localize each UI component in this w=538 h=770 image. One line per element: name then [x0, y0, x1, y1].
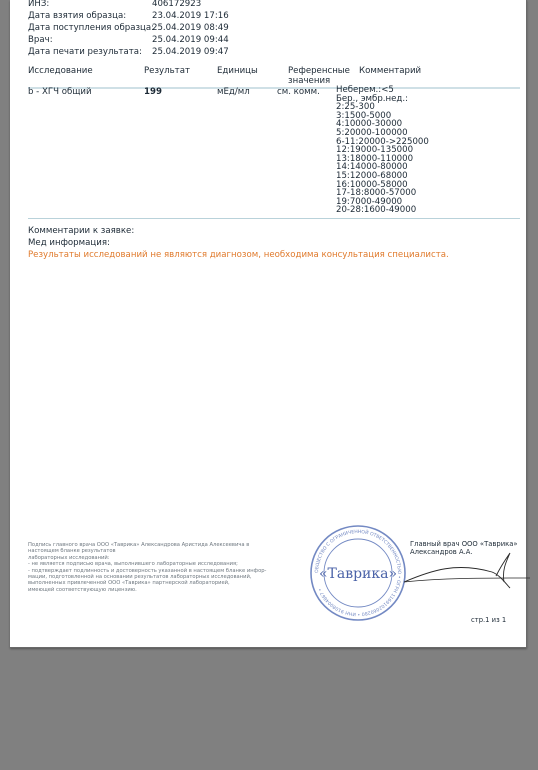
- column-header-reference: Референсные значения: [288, 66, 358, 86]
- field-label: ИНЗ:: [28, 0, 49, 10]
- field-label: Врач:: [28, 34, 53, 46]
- page-number: стр.1 из 1: [471, 616, 506, 624]
- field-value: 23.04.2019 17:16: [152, 10, 229, 22]
- field-value: 25.04.2019 09:47: [152, 46, 229, 58]
- column-header-comment: Комментарий: [359, 66, 421, 76]
- field-label: Дата печати результата:: [28, 46, 142, 58]
- stamp-seal-icon: ОБЩЕСТВО С ОГРАНИЧЕННОЙ ОТВЕТСТВЕННОСТЬЮ…: [306, 524, 410, 622]
- cell-comment: Неберем.:<5Бер., эмбр.нед.:2:25-3003:150…: [336, 86, 429, 215]
- cell-units: мЕд/мл: [217, 86, 250, 98]
- field-value: 25.04.2019 09:44: [152, 34, 229, 46]
- legal-line: имеющей соответствующую лицензию.: [28, 587, 286, 593]
- column-header-units: Единицы: [217, 66, 258, 76]
- notes-block: Комментарии к заявке: Мед информация:: [28, 225, 134, 249]
- cell-result: 199: [144, 86, 162, 98]
- column-header-test: Исследование: [28, 66, 93, 76]
- comment-line: 20-28:1600-49000: [336, 206, 429, 215]
- field-label: Дата поступления образца:: [28, 22, 154, 34]
- header-divider: [28, 87, 520, 89]
- field-value: 25.04.2019 08:49: [152, 22, 229, 34]
- med-info-label: Мед информация:: [28, 237, 134, 249]
- cell-test: b - ХГЧ общий: [28, 86, 92, 98]
- signer-title: Главный врач ООО «Таврика»: [410, 540, 518, 548]
- column-header-result: Результат: [144, 66, 190, 76]
- disclaimer-text: Результаты исследований не являются диаг…: [28, 250, 449, 260]
- table-bottom-divider: [28, 218, 520, 219]
- cell-reference: см. комм.: [277, 86, 320, 98]
- order-comments-label: Комментарии к заявке:: [28, 225, 134, 237]
- field-label: Дата взятия образца:: [28, 10, 126, 22]
- stamp-name: «Таврика»: [319, 566, 397, 582]
- legal-note: Подпись главного врача ООО «Таврика» Але…: [28, 542, 286, 593]
- result-page: ИНЗ: 406172923 Дата взятия образца: 23.0…: [10, 0, 527, 648]
- signature-icon: [402, 548, 532, 598]
- field-value: 406172923: [152, 0, 201, 10]
